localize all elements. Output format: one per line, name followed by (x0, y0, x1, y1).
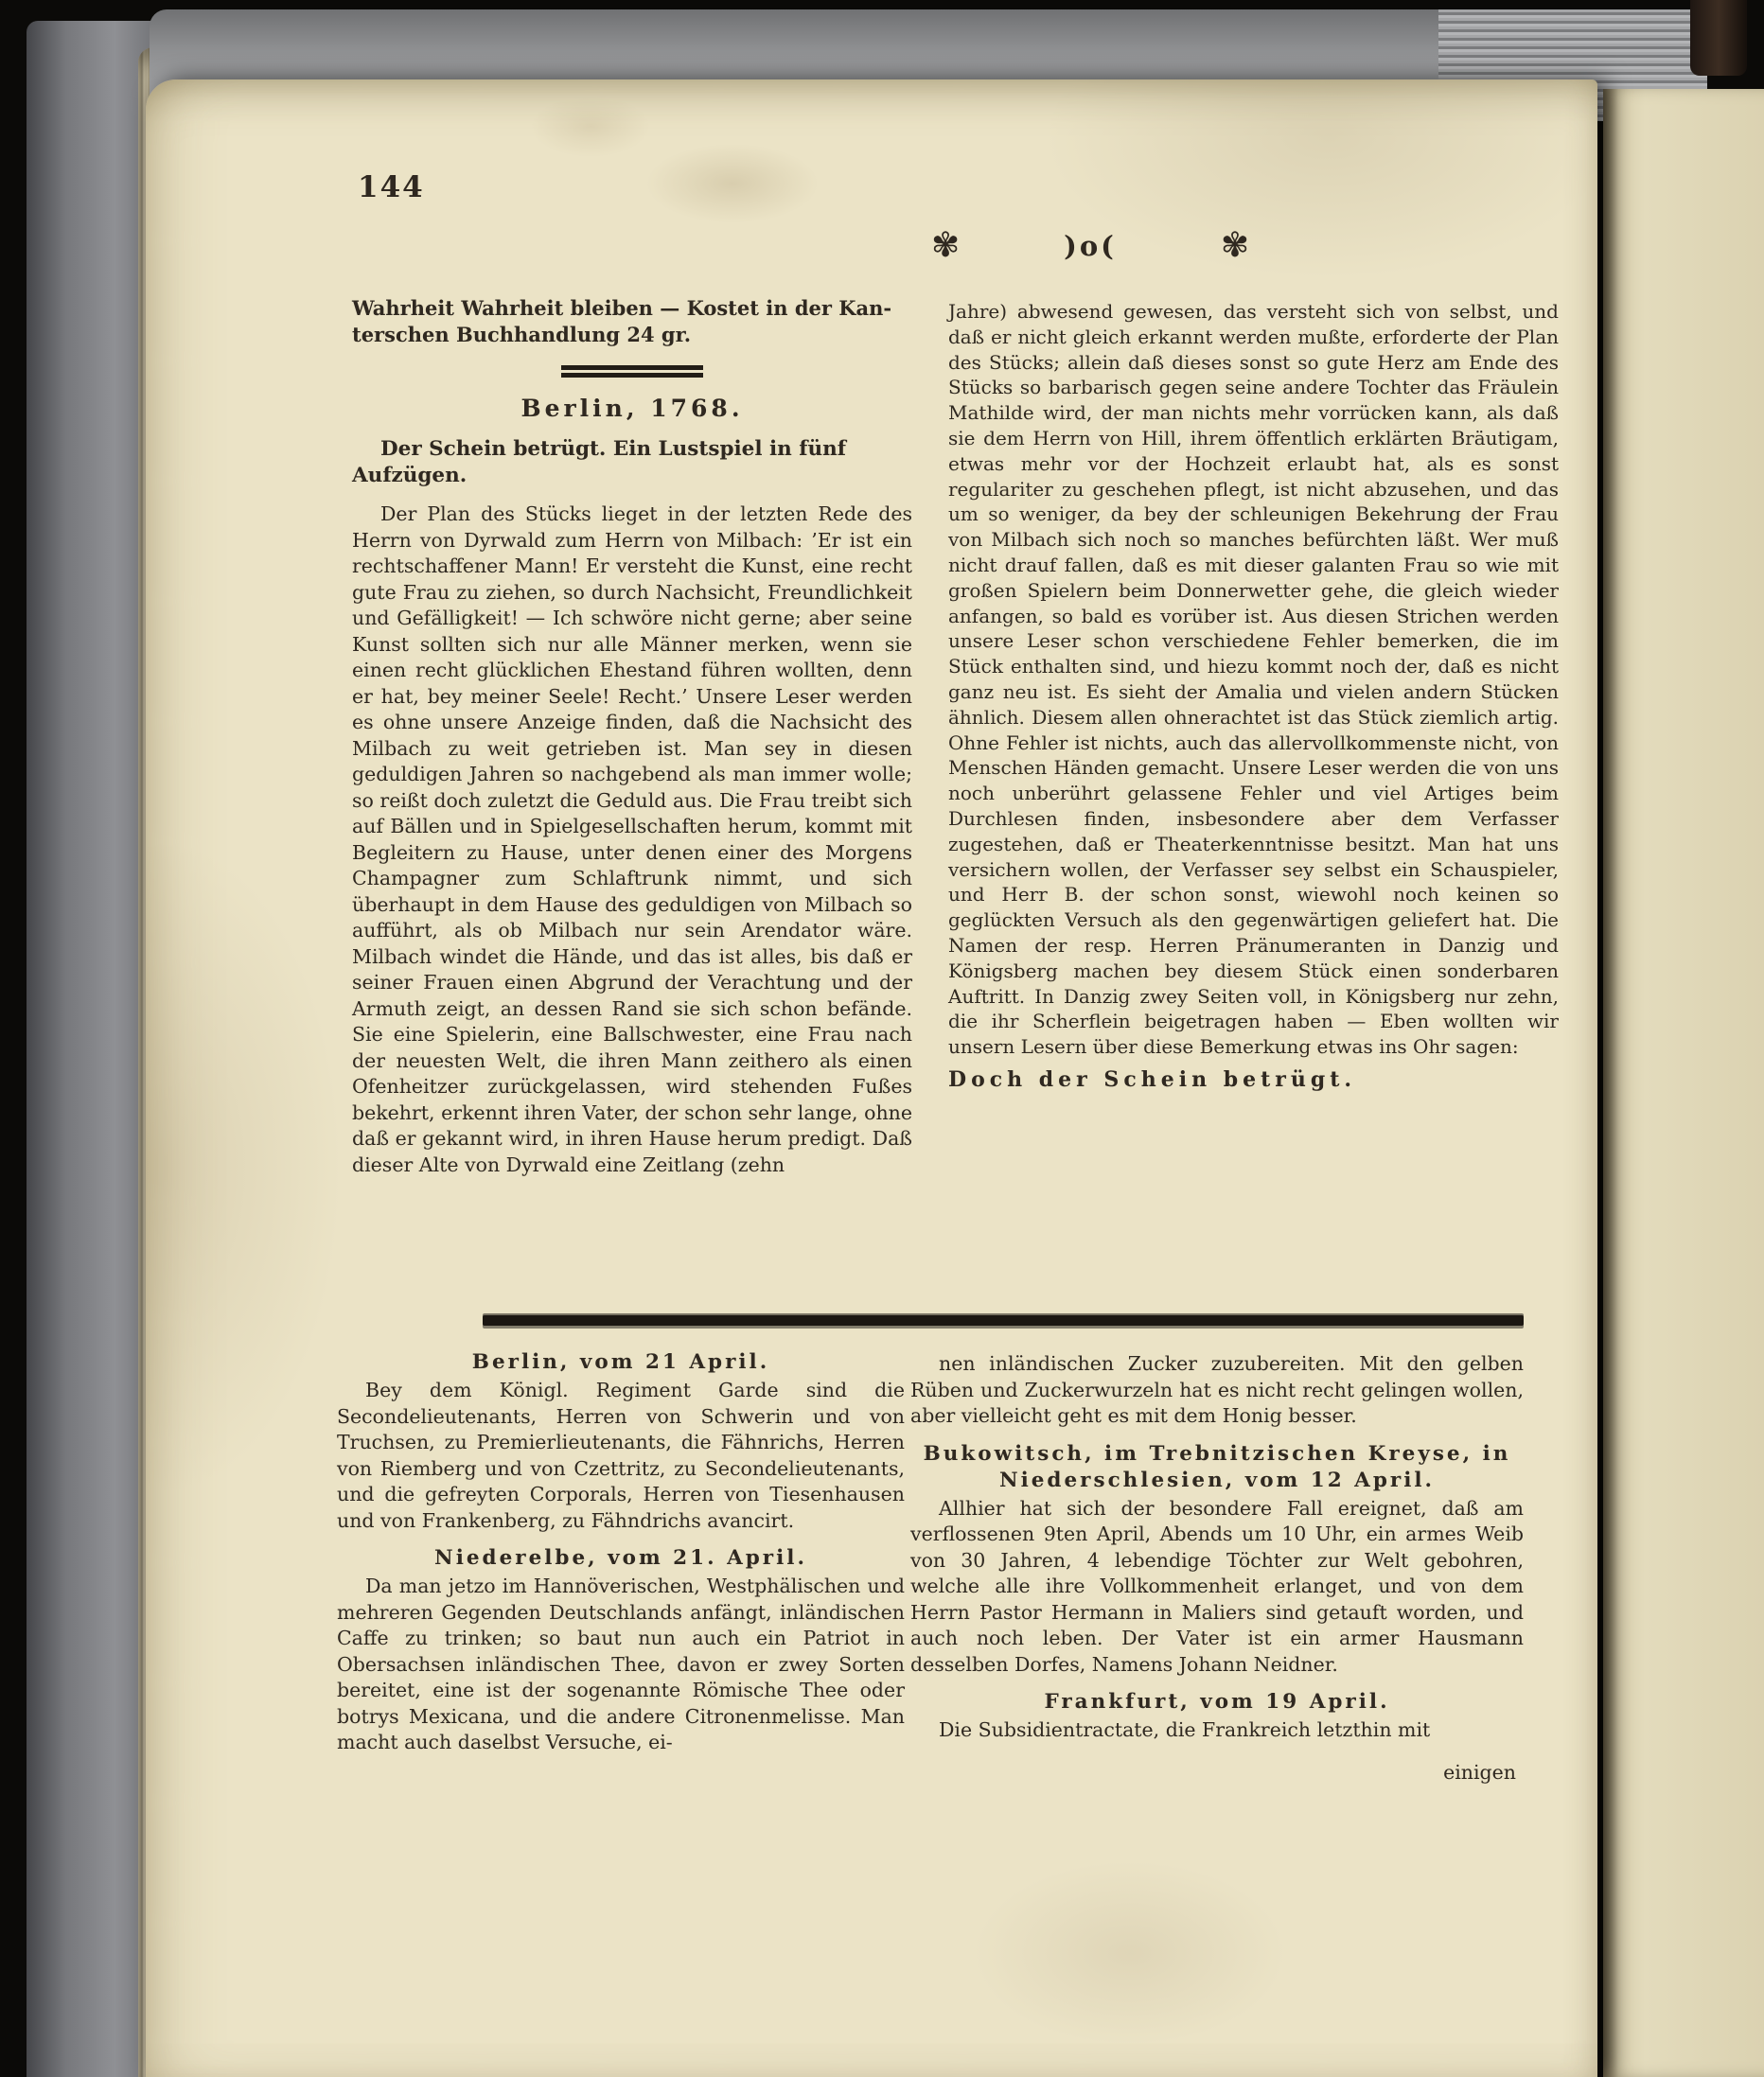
news-body-frankfurt: Die Subsidientractate, die Frankreich le… (910, 1717, 1524, 1744)
play-title: Der Schein betrügt. Ein Lustspiel in fün… (352, 436, 912, 489)
bookmark-ribbon (1690, 0, 1747, 76)
fleuron-left-icon: ✾ (931, 229, 960, 263)
review-body-left: Der Plan des Stücks lieget in der letzte… (352, 502, 912, 1178)
header-center-mark: )o( (1064, 230, 1117, 262)
lower-right-column: nen inländischen Zucker zuzubereiten. Mi… (910, 1351, 1524, 1784)
news-heading-bukowitsch: Bukowitsch, im Trebnitzischen Kreyse, in… (910, 1441, 1524, 1494)
page-number: 144 (358, 170, 425, 204)
book-scan: 144 ✾ )o( ✾ Wahrheit Wahrheit bleiben — … (0, 0, 1764, 2077)
header-ornaments: ✾ )o( ✾ (931, 229, 1249, 263)
intro-line-1: Wahrheit Wahrheit bleiben — Kostet in de… (352, 295, 912, 322)
section-rule (483, 1315, 1524, 1326)
fleuron-right-icon: ✾ (1221, 229, 1249, 263)
intro-line-2: terschen Buchhandlung 24 gr. (352, 322, 912, 348)
lower-left-column: Berlin, vom 21 April. Bey dem Königl. Re… (337, 1349, 905, 1756)
article-heading-berlin-1768: Berlin, 1768. (352, 395, 912, 422)
news-body-berlin: Bey dem Königl. Regiment Garde sind die … (337, 1378, 905, 1534)
upper-left-column: Wahrheit Wahrheit bleiben — Kostet in de… (352, 295, 912, 1178)
news-body-bukowitsch: Allhier hat sich der besondere Fall erei… (910, 1496, 1524, 1679)
section-divider (561, 365, 703, 370)
news-body-niederelbe: Da man jetzo im Hannöverischen, Westphäl… (337, 1574, 905, 1756)
review-closing-line: Doch der Schein betrügt. (948, 1067, 1559, 1092)
catchword: einigen (910, 1761, 1524, 1784)
news-continuation: nen inländischen Zucker zuzubereiten. Mi… (910, 1351, 1524, 1430)
upper-right-column: Jahre) abwesend gewesen, das versteht si… (948, 299, 1559, 1092)
book-page: 144 ✾ )o( ✾ Wahrheit Wahrheit bleiben — … (146, 79, 1597, 2077)
news-heading-frankfurt: Frankfurt, vom 19 April. (910, 1689, 1524, 1716)
news-heading-niederelbe: Niederelbe, vom 21. April. (337, 1545, 905, 1572)
news-heading-berlin: Berlin, vom 21 April. (337, 1349, 905, 1376)
review-body-right: Jahre) abwesend gewesen, das versteht si… (948, 299, 1559, 1060)
next-page-fore-edge (1603, 89, 1764, 2077)
